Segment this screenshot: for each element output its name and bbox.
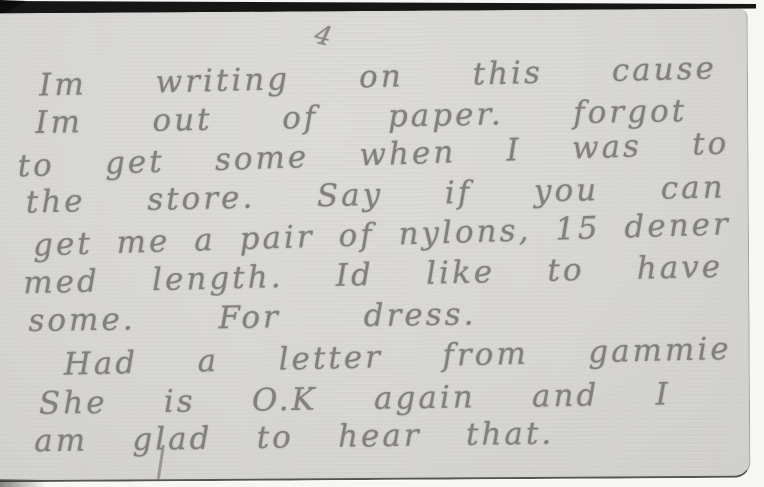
note-card: 4 Im writing on this cause Im out of pap… xyxy=(0,9,750,483)
scan-page: 4 Im writing on this cause Im out of pap… xyxy=(0,0,764,487)
handwriting-line: some. For dress. xyxy=(28,297,476,338)
handwriting-line: am glad to hear that. xyxy=(34,417,554,459)
handwriting-line: Had a letter from gammie xyxy=(63,332,732,382)
page-number-mark: 4 xyxy=(311,20,334,53)
scan-smudge-bottom-left xyxy=(0,479,46,487)
handwriting-line: She is O.K again and I xyxy=(39,377,671,420)
